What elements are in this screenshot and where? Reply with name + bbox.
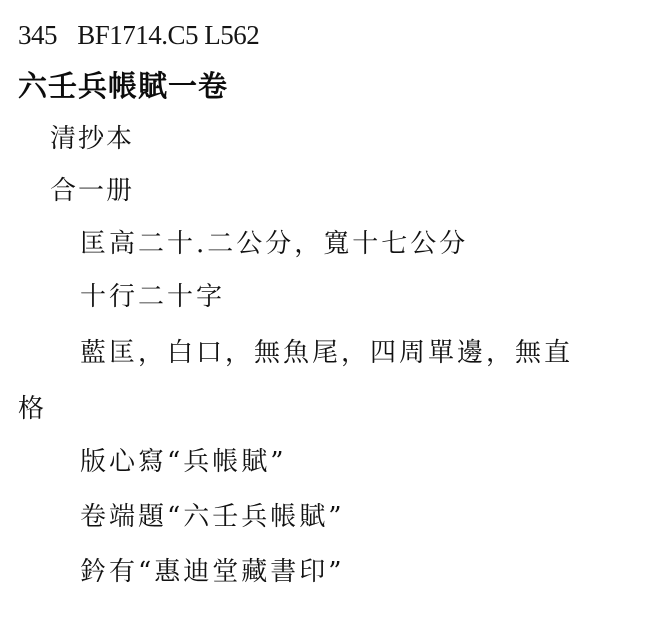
head-title: 卷端題“六壬兵帳賦” xyxy=(80,504,345,530)
format-description-wrap: 格 xyxy=(18,396,44,422)
call-number-line: 345 BF1714.C5 L562 xyxy=(18,22,259,49)
entry-number: 345 xyxy=(18,20,57,50)
frame-size: 匡高二十.二公分，寬十七公分 xyxy=(80,231,468,257)
edition: 清抄本 xyxy=(50,126,134,152)
seal-impression: 鈐有“惠迪堂藏書印” xyxy=(80,559,345,585)
volumes: 合一册 xyxy=(50,178,134,204)
line-layout: 十行二十字 xyxy=(80,284,225,310)
call-number: BF1714.C5 L562 xyxy=(77,20,259,50)
format-description: 藍匡，白口，無魚尾，四周單邊，無直 xyxy=(80,340,573,366)
entry-title: 六壬兵帳賦一卷 xyxy=(18,72,228,101)
center-column-text: 版心寫“兵帳賦” xyxy=(80,449,287,475)
